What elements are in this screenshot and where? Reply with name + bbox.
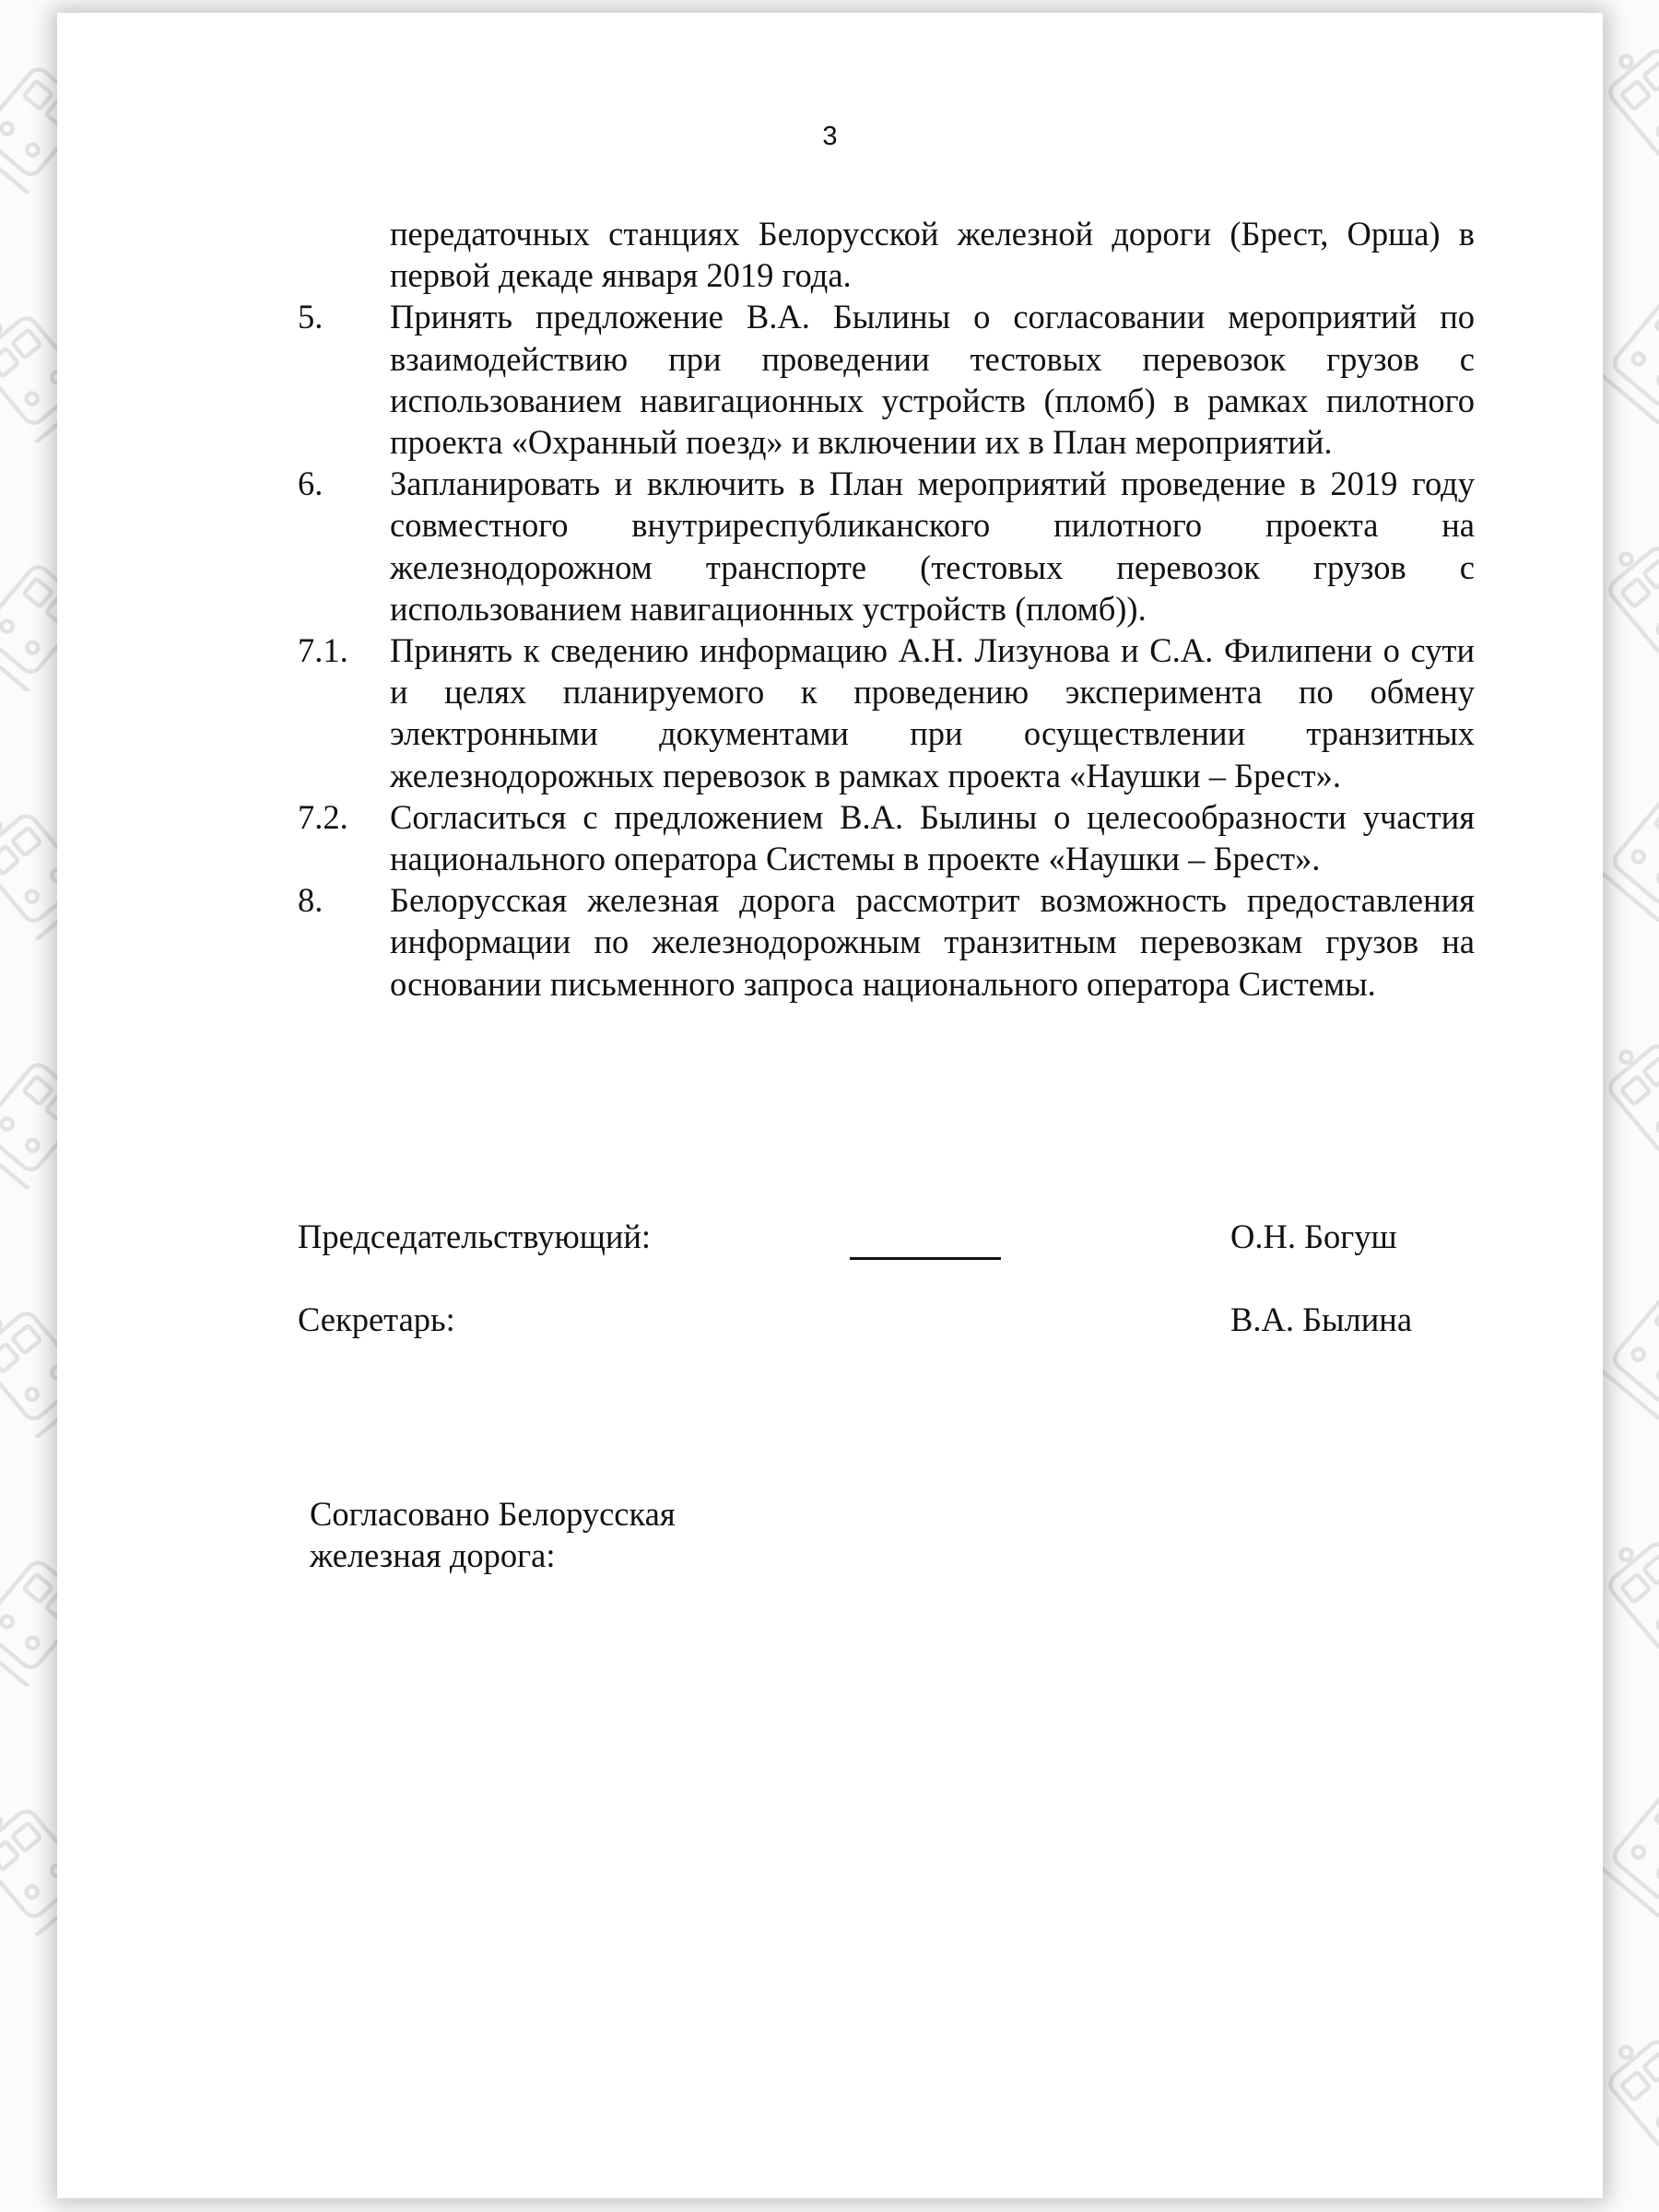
document-page: 3 передаточных станциях Белорусской желе… [57, 13, 1603, 2198]
list-item: 7.2. Согласиться с предложением В.А. Был… [298, 796, 1475, 879]
item-number: 8. [298, 879, 390, 1005]
item-number: 7.2. [298, 796, 390, 879]
train-icon [1594, 37, 1659, 175]
signature-row-chair: Председательствующий: О.Н. Богуш [298, 1217, 1496, 1263]
item-text: Принять к сведению информацию А.Н. Лизун… [390, 629, 1475, 796]
train-icon [1594, 1032, 1659, 1171]
train-icon [1594, 535, 1659, 673]
signature-name: О.Н. Богуш [1230, 1217, 1397, 1256]
continuation-paragraph: передаточных станциях Белорусской железн… [298, 213, 1475, 296]
train-icon [1594, 2028, 1659, 2166]
signature-row-secretary: Секретарь: В.А. Былина [298, 1300, 1496, 1346]
item-number: 6. [298, 463, 390, 629]
train-icon [1594, 1779, 1659, 1917]
train-icon [1594, 1530, 1659, 1668]
list-item: 5. Принять предложение В.А. Былины о сог… [298, 296, 1475, 463]
item-number: 5. [298, 296, 390, 463]
signature-line [850, 1257, 1001, 1260]
item-text: Согласиться с предложением В.А. Былины о… [390, 796, 1475, 879]
item-text: Принять предложение В.А. Былины о соглас… [390, 296, 1475, 463]
document-body: передаточных станциях Белорусской железн… [298, 213, 1475, 1005]
signature-role: Председательствующий: [298, 1217, 651, 1256]
train-icon [1594, 1281, 1659, 1419]
list-item: 7.1. Принять к сведению информацию А.Н. … [298, 629, 1475, 796]
signature-role: Секретарь: [298, 1300, 455, 1339]
page-number: 3 [57, 122, 1603, 152]
approval-line: Согласовано Белорусская [310, 1493, 771, 1535]
item-text: Белорусская железная дорога рассмотрит в… [390, 879, 1475, 1005]
item-text: Запланировать и включить в План мероприя… [390, 463, 1475, 629]
list-item: 6. Запланировать и включить в План мероп… [298, 463, 1475, 629]
train-icon [1594, 286, 1659, 424]
list-item: 8. Белорусская железная дорога рассмотри… [298, 879, 1475, 1005]
signature-name: В.А. Былина [1230, 1300, 1412, 1339]
approval-block: Согласовано Белорусская железная дорога: [310, 1493, 771, 1576]
item-number: 7.1. [298, 629, 390, 796]
approval-line: железная дорога: [310, 1535, 771, 1576]
train-icon [1594, 783, 1659, 922]
